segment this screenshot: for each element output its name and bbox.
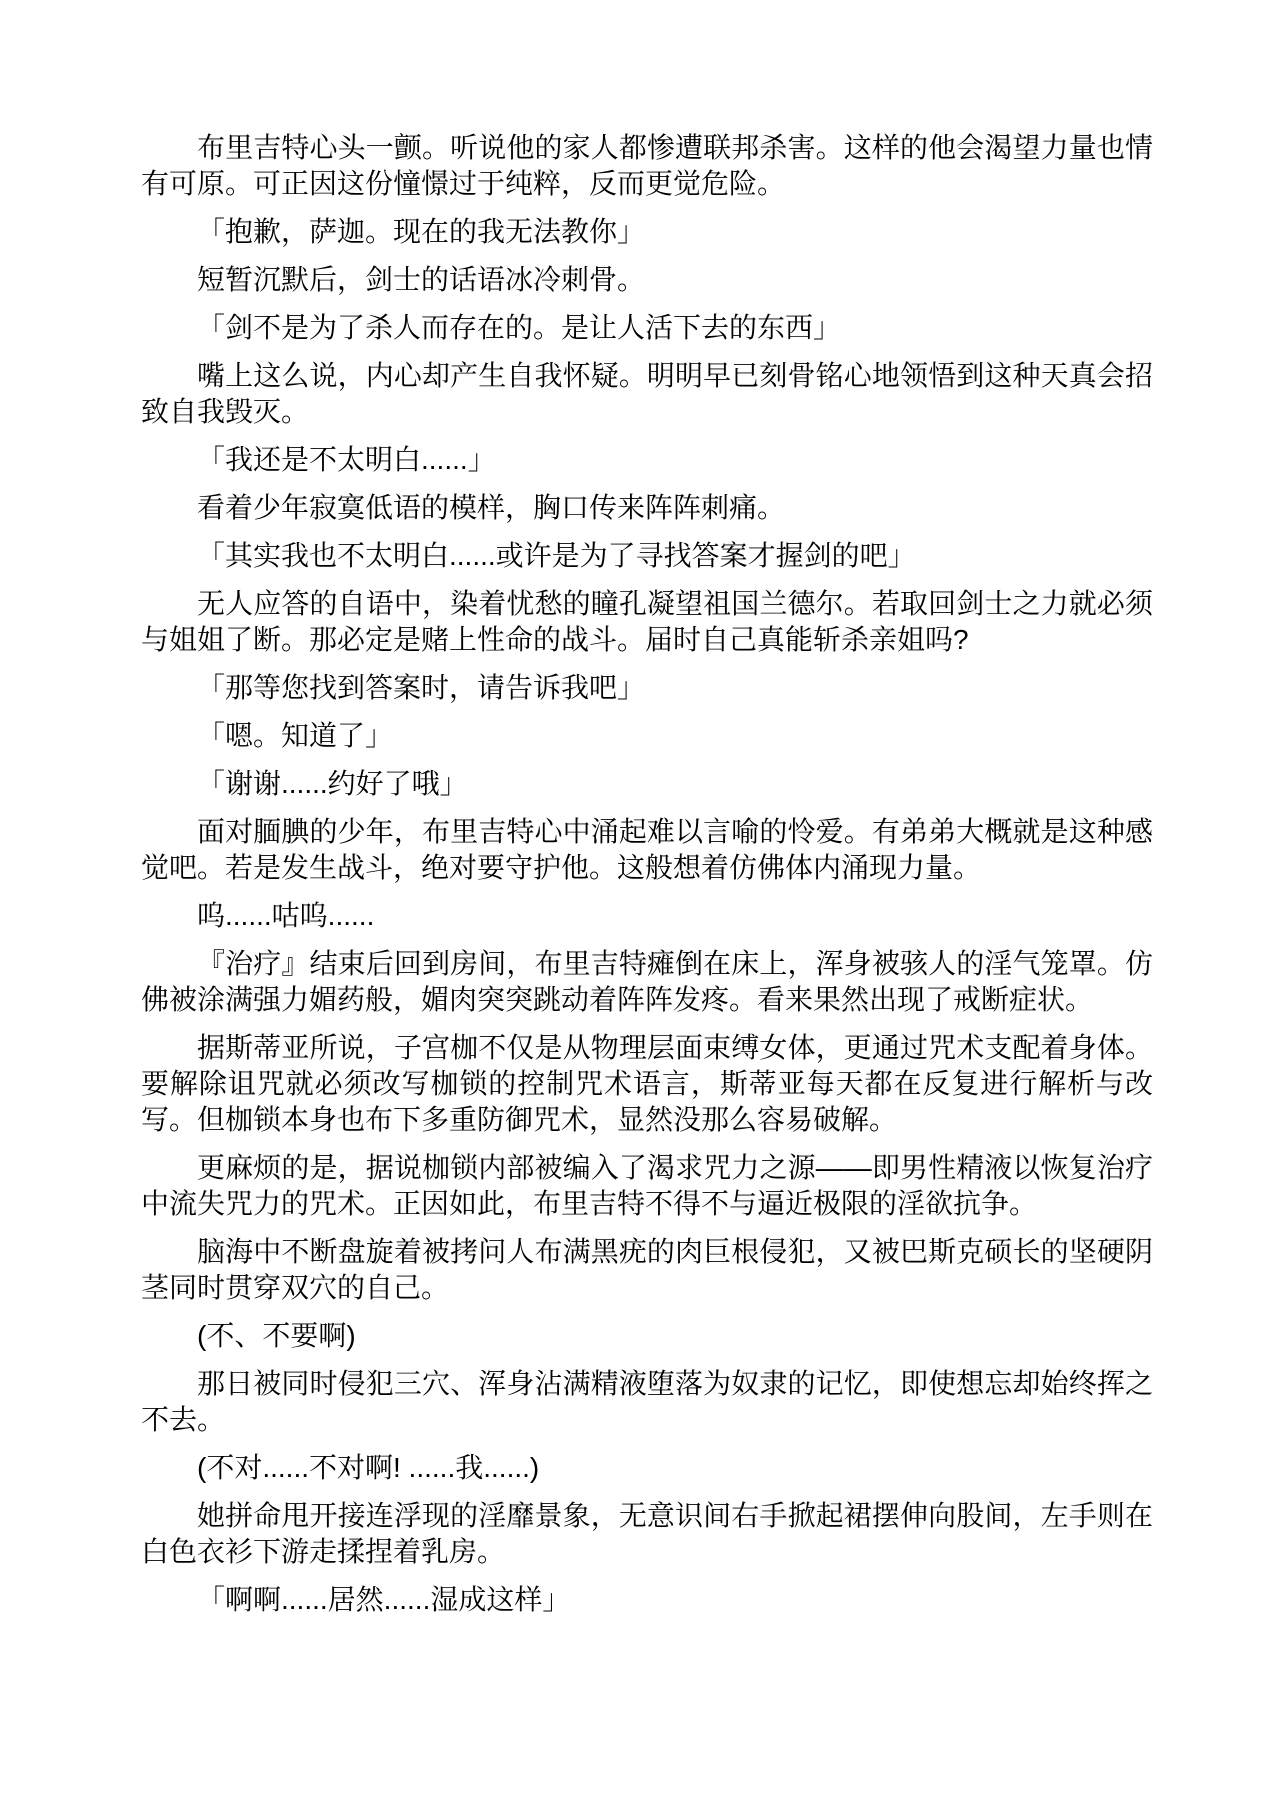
paragraph-dialogue: 「嗯。知道了」 [141,718,1153,754]
paragraph: 据斯蒂亚所说，子宫枷不仅是从物理层面束缚女体，更通过咒术支配着身体。要解除诅咒就… [141,1030,1153,1138]
paragraph-dialogue: 「啊啊......居然......湿成这样」 [141,1582,1153,1618]
paragraph: 面对腼腆的少年，布里吉特心中涌起难以言喻的怜爱。有弟弟大概就是这种感觉吧。若是发… [141,814,1153,886]
paragraph: 无人应答的自语中，染着忧愁的瞳孔凝望祖国兰德尔。若取回剑士之力就必须与姐姐了断。… [141,586,1153,658]
paragraph: 呜......咕呜...... [141,898,1153,934]
paragraph-dialogue: 「那等您找到答案时，请告诉我吧」 [141,670,1153,706]
paragraph-dialogue: 「抱歉，萨迦。现在的我无法教你」 [141,214,1153,250]
paragraph-dialogue: 「谢谢......约好了哦」 [141,766,1153,802]
paragraph: 看着少年寂寞低语的模样，胸口传来阵阵刺痛。 [141,490,1153,526]
document-page: 布里吉特心头一颤。听说他的家人都惨遭联邦杀害。这样的他会渴望力量也情有可原。可正… [0,0,1280,1808]
text-column: 布里吉特心头一颤。听说他的家人都惨遭联邦杀害。这样的他会渴望力量也情有可原。可正… [141,130,1153,1618]
paragraph-dialogue: 「我还是不太明白......」 [141,442,1153,478]
paragraph: 那日被同时侵犯三穴、浑身沾满精液堕落为奴隶的记忆，即使想忘却始终挥之不去。 [141,1366,1153,1438]
paragraph-dialogue: 「剑不是为了杀人而存在的。是让人活下去的东西」 [141,310,1153,346]
paragraph: 脑海中不断盘旋着被拷问人布满黑疣的肉巨根侵犯，又被巴斯克硕长的坚硬阴茎同时贯穿双… [141,1234,1153,1306]
paragraph: 她拼命甩开接连浮现的淫靡景象，无意识间右手掀起裙摆伸向股间，左手则在白色衣衫下游… [141,1498,1153,1570]
paragraph: 布里吉特心头一颤。听说他的家人都惨遭联邦杀害。这样的他会渴望力量也情有可原。可正… [141,130,1153,202]
paragraph: 嘴上这么说，内心却产生自我怀疑。明明早已刻骨铭心地领悟到这种天真会招致自我毁灭。 [141,358,1153,430]
paragraph-thought: (不对......不对啊! ......我......) [141,1450,1153,1486]
paragraph: 『治疗』结束后回到房间，布里吉特瘫倒在床上，浑身被骇人的淫气笼罩。仿佛被涂满强力… [141,946,1153,1018]
paragraph-thought: (不、不要啊) [141,1318,1153,1354]
paragraph: 短暂沉默后，剑士的话语冰冷刺骨。 [141,262,1153,298]
paragraph: 更麻烦的是，据说枷锁内部被编入了渴求咒力之源——即男性精液以恢复治疗中流失咒力的… [141,1150,1153,1222]
paragraph-dialogue: 「其实我也不太明白......或许是为了寻找答案才握剑的吧」 [141,538,1153,574]
